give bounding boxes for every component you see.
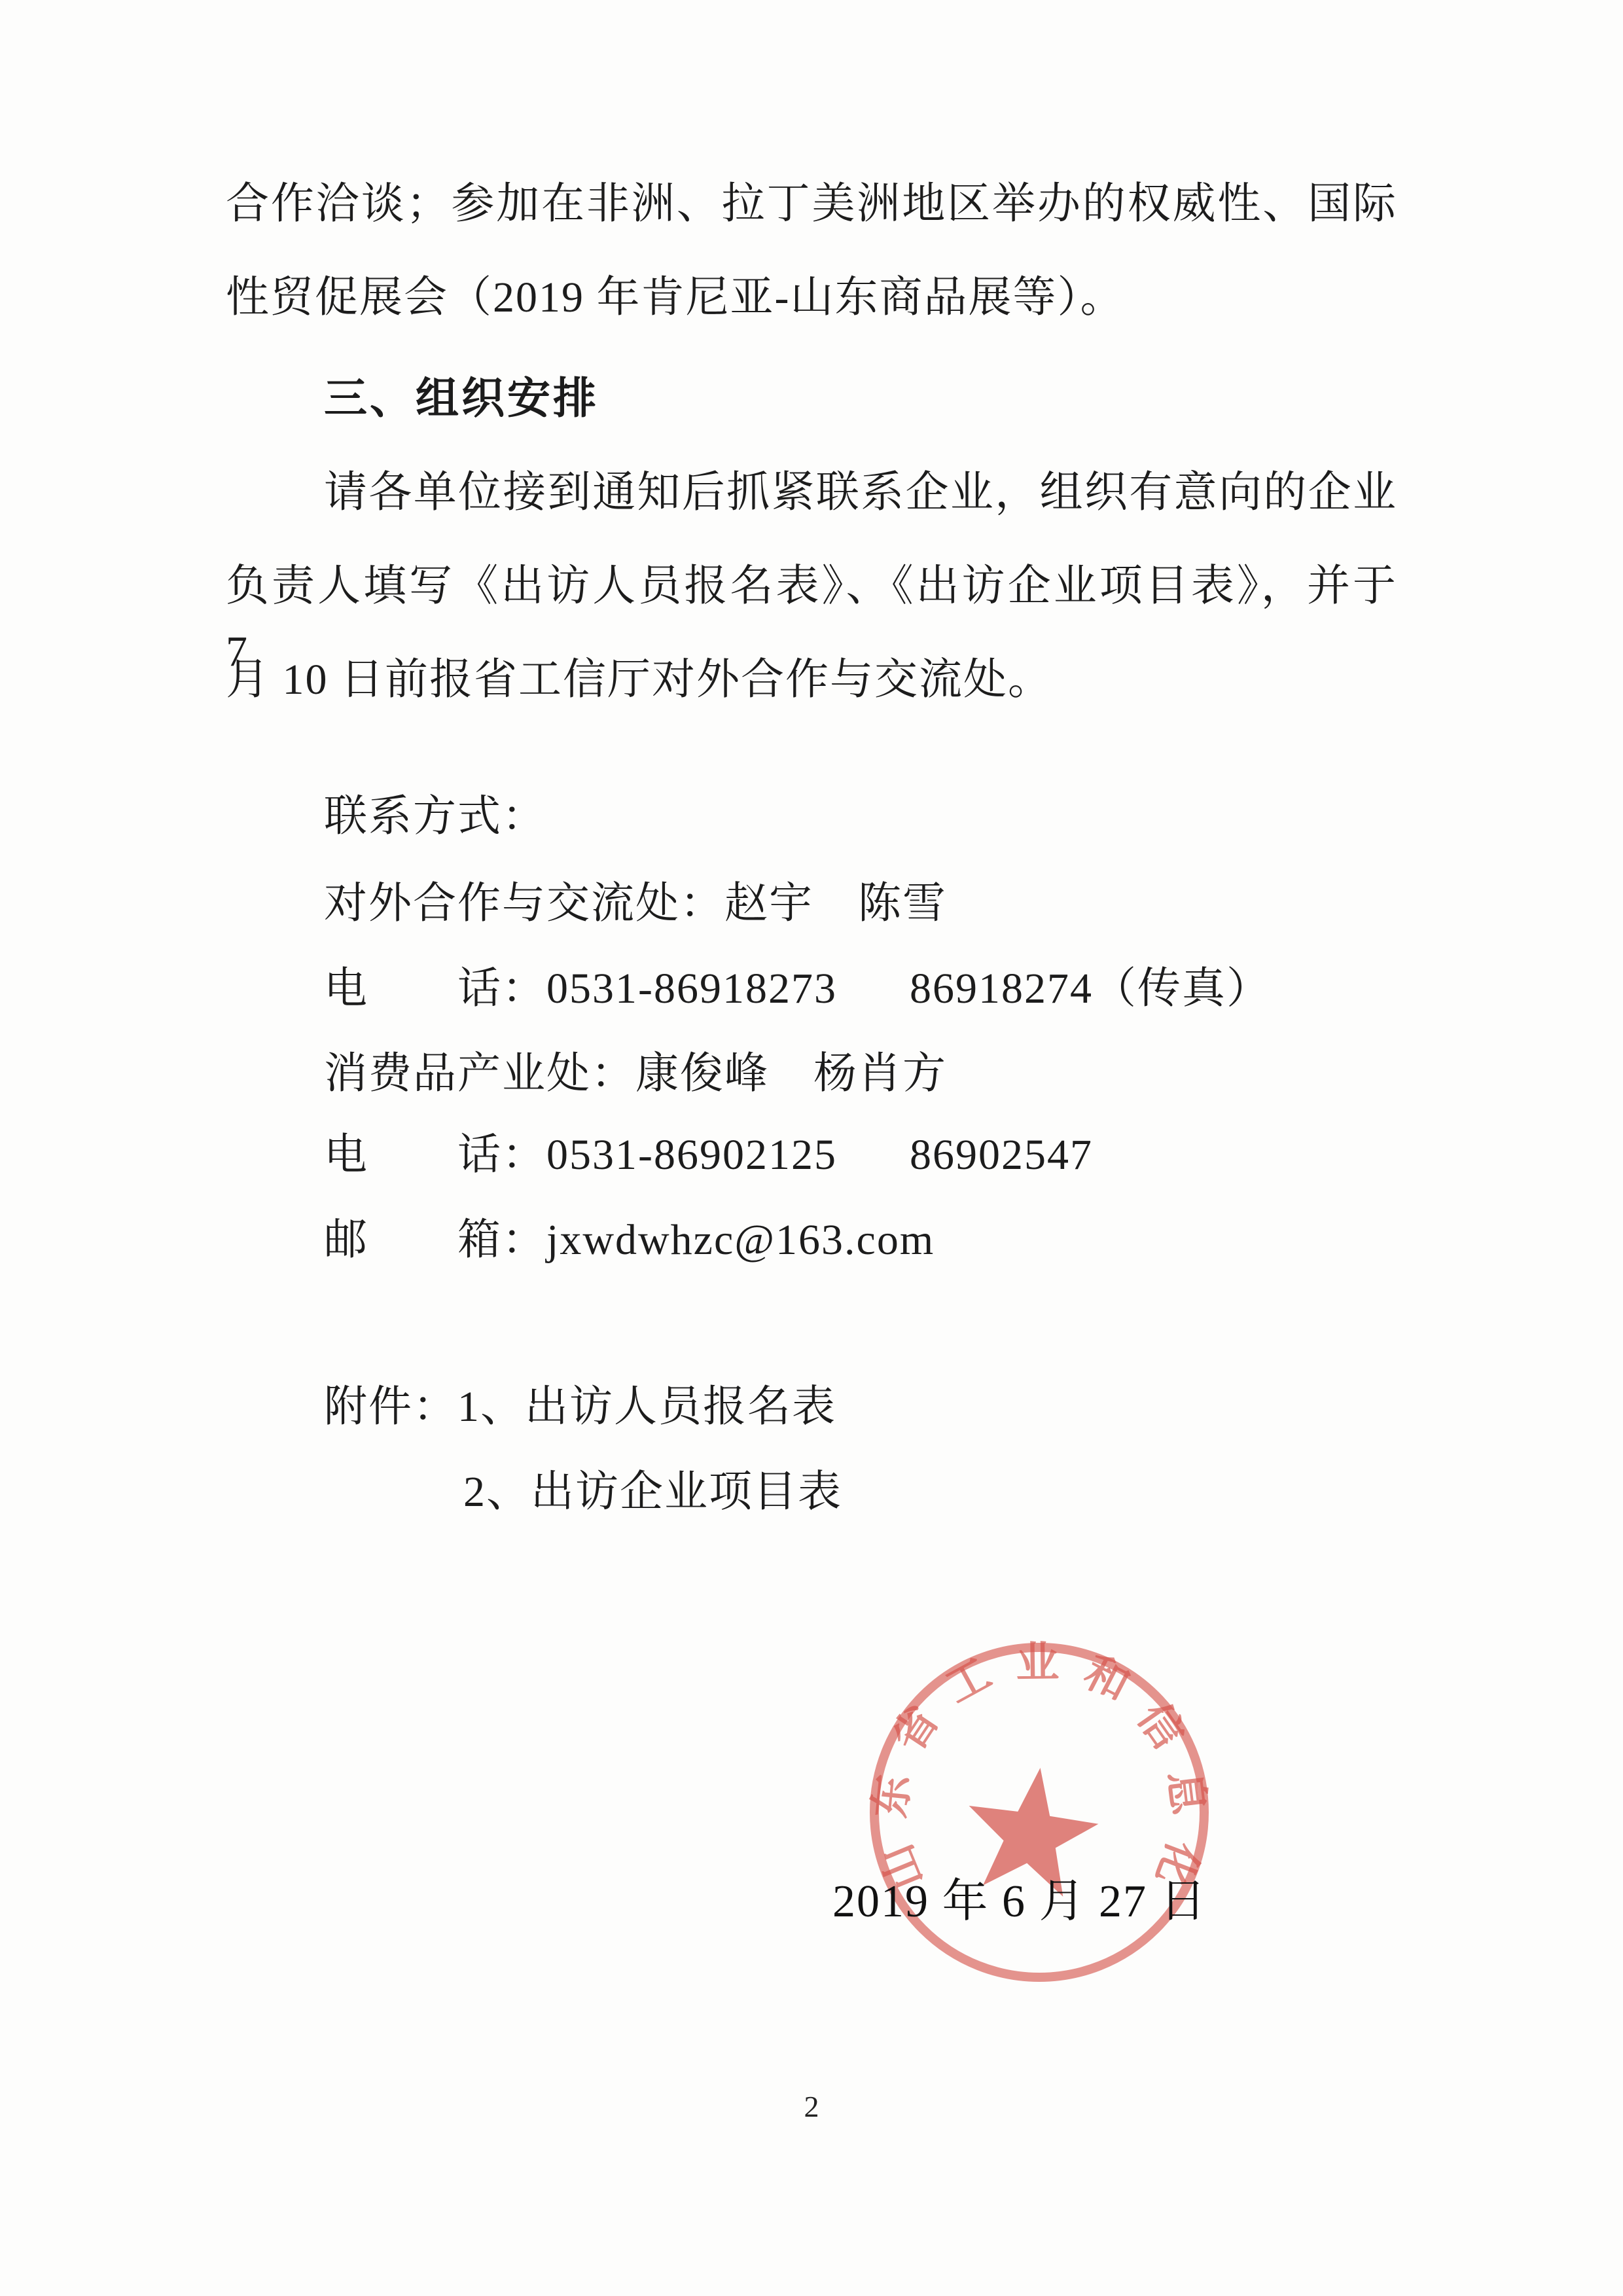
contact-dept1: 对外合作与交流处：赵宇 陈雪: [324, 871, 947, 937]
contact-dept2: 消费品产业处：康俊峰 杨肖方: [324, 1041, 947, 1107]
contact-email: 邮 箱：jxwdwhzc@163.com: [324, 1208, 935, 1273]
section-heading: 三、组织安排: [324, 365, 599, 431]
contact-title: 联系方式：: [324, 784, 546, 850]
page-number: 2: [0, 2089, 1623, 2124]
body-line: 请各单位接到通知后抓紧联系企业，组织有意向的企业: [324, 460, 1397, 526]
attachment-line-2: 2、出访企业项目表: [463, 1460, 842, 1525]
issue-date: 2019 年 6 月 27 日: [832, 1864, 1207, 1930]
document-page: 合作洽谈；参加在非洲、拉丁美洲地区举办的权威性、国际 性贸促展会（2019 年肯…: [0, 0, 1623, 2296]
contact-phone1: 电 话：0531-86918273 86918274（传真）: [324, 956, 1271, 1022]
seal-graphic: 山东省工业和信息化厅: [856, 1629, 1222, 1996]
official-seal: 山东省工业和信息化厅: [856, 1629, 1222, 1996]
body-line: 合作洽谈；参加在非洲、拉丁美洲地区举办的权威性、国际: [226, 171, 1397, 237]
contact-phone2: 电 话：0531-86902125 86902547: [324, 1122, 1093, 1188]
body-line: 月 10 日前报省工信厅对外合作与交流处。: [226, 647, 1469, 713]
attachment-line-1: 附件：1、出访人员报名表: [324, 1374, 836, 1440]
body-line: 性贸促展会（2019 年肯尼亚-山东商品展等）。: [226, 265, 1469, 331]
